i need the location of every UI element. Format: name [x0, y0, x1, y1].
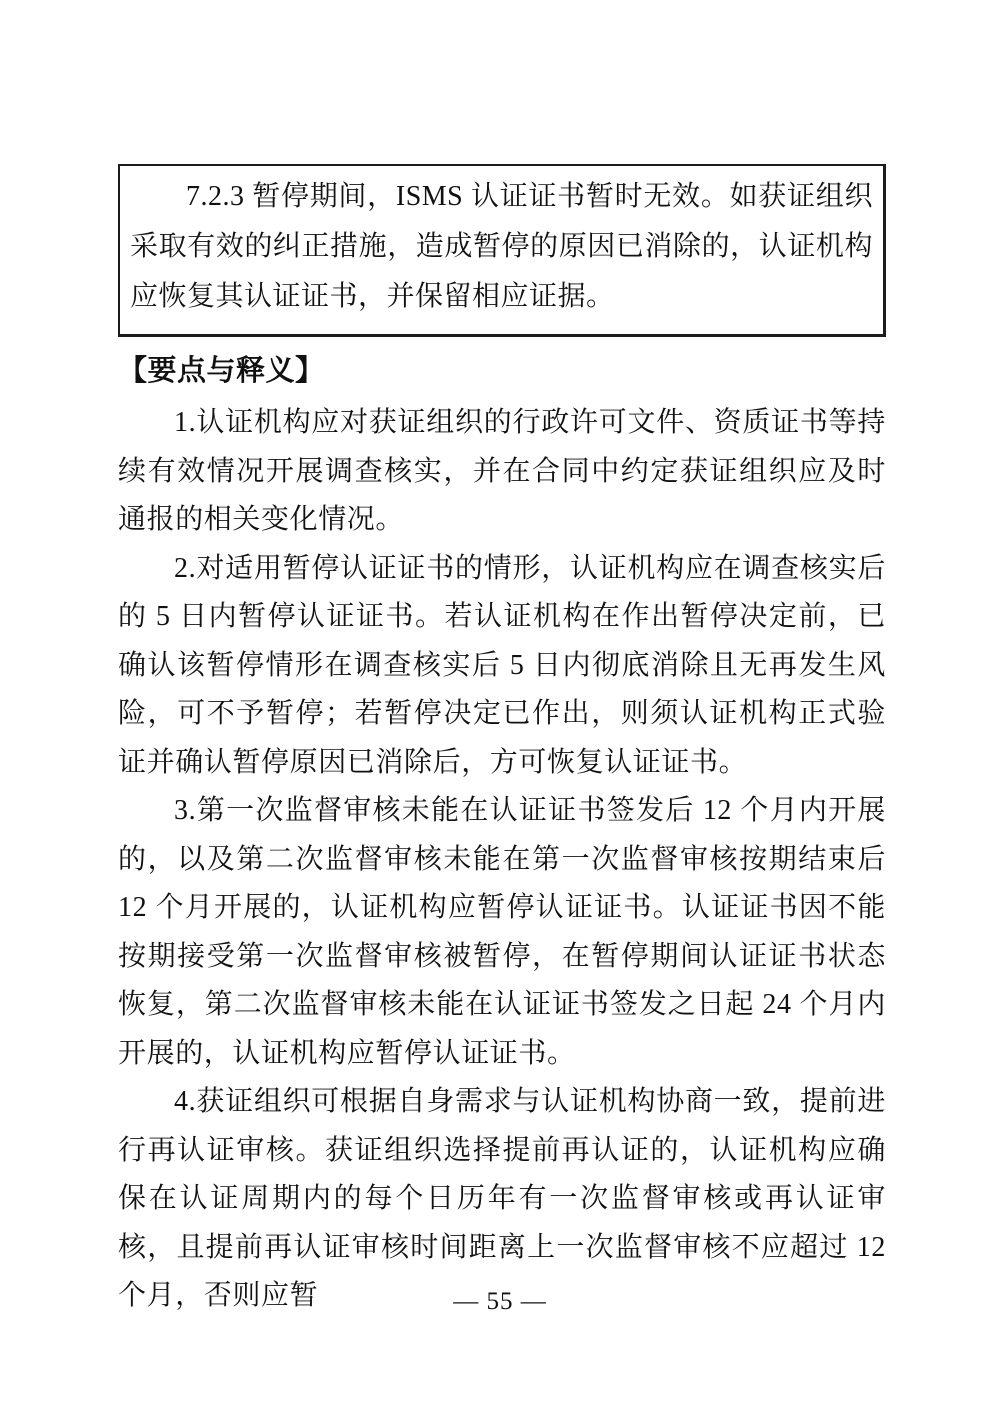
section-body: 1.认证机构应对获证组织的行政许可文件、资质证书等持续有效情况开展调查核实，并在…: [118, 399, 886, 1321]
paragraph: 4.获证组织可根据自身需求与认证机构协商一致，提前进行再认证审核。获证组织选择提…: [118, 1078, 886, 1321]
paragraph: 1.认证机构应对获证组织的行政许可文件、资质证书等持续有效情况开展调查核实，并在…: [118, 399, 886, 545]
paragraph: 3.第一次监督审核未能在认证证书签发后 12 个月内开展的，以及第二次监督审核未…: [118, 787, 886, 1078]
clause-highlight-box: 7.2.3 暂停期间，ISMS 认证证书暂时无效。如获证组织采取有效的纠正措施，…: [118, 164, 886, 337]
page-number: — 55 —: [0, 1288, 1000, 1316]
section-heading: 【要点与释义】: [118, 351, 886, 391]
clause-text: 7.2.3 暂停期间，ISMS 认证证书暂时无效。如获证组织采取有效的纠正措施，…: [130, 172, 873, 322]
document-page: 7.2.3 暂停期间，ISMS 认证证书暂时无效。如获证组织采取有效的纠正措施，…: [0, 0, 1000, 1414]
paragraph: 2.对适用暂停认证证书的情形，认证机构应在调查核实后的 5 日内暂停认证证书。若…: [118, 545, 886, 788]
page-content: 7.2.3 暂停期间，ISMS 认证证书暂时无效。如获证组织采取有效的纠正措施，…: [118, 164, 886, 1321]
